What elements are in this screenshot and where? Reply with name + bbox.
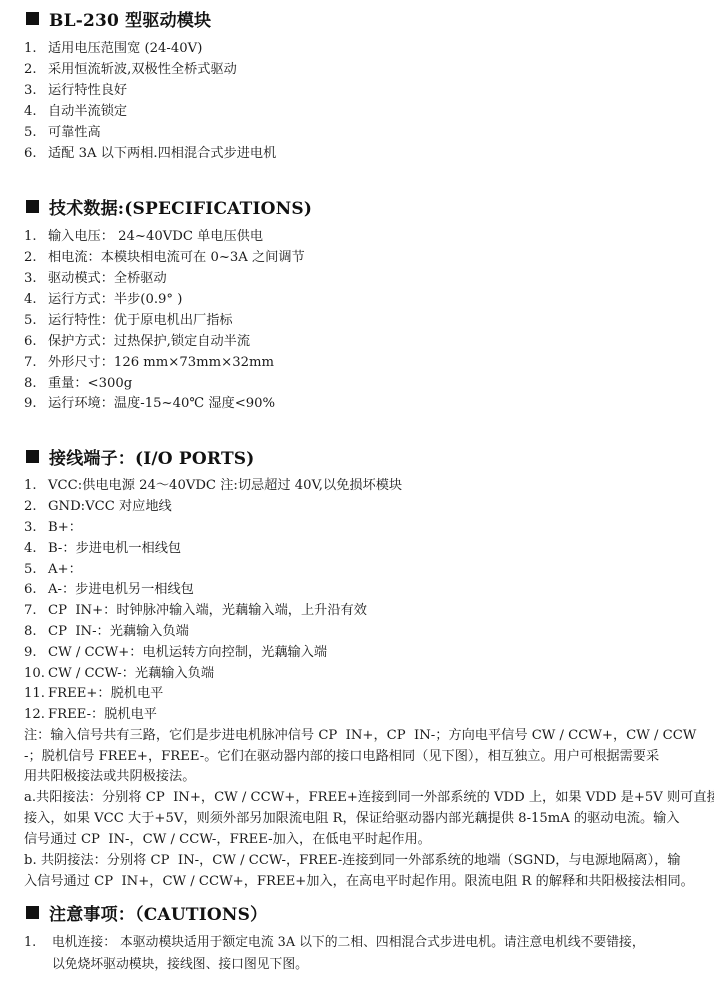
- note-line: 接入，如果 VCC 大于+5V，则须外部另加限流电阻 R，保证给驱动器内部光藕提…: [24, 809, 690, 829]
- item-text: A+：: [48, 560, 82, 580]
- item-number: 4.: [24, 539, 37, 559]
- item-text: 可靠性高: [48, 123, 101, 143]
- item-number: 2.: [24, 60, 37, 80]
- item-text: 以免烧坏驱动模块，接线图、接口图见下图。: [52, 955, 308, 975]
- section-heading-io-ports: 接线端子：(I/O PORTS): [24, 443, 255, 469]
- item-text: GND:VCC 对应地线: [48, 497, 172, 517]
- item-number: 5.: [24, 311, 37, 331]
- section-heading-module: BL-230 型驱动模块: [24, 5, 211, 31]
- item-number: 2.: [24, 248, 37, 268]
- item-number: 10.: [24, 664, 45, 684]
- item-number: 6.: [24, 332, 37, 352]
- note-line: 信号通过 CP IN-，CW / CCW-，FREE-加入，在低电平时起作用。: [24, 830, 690, 850]
- item-text: CW / CCW-：光藕输入负端: [48, 664, 214, 684]
- item-number: 1.: [24, 476, 37, 496]
- item-number: 2.: [24, 497, 37, 517]
- note-line: a.共阳接法：分别将 CP IN+，CW / CCW+，FREE+连接到同一外部…: [24, 788, 690, 808]
- item-number: 6.: [24, 144, 37, 164]
- item-number: 7.: [24, 601, 37, 621]
- item-text: CW / CCW+：电机运转方向控制，光藕输入端: [48, 643, 327, 663]
- item-text: 适配 3A 以下两相.四相混合式步进电机: [48, 144, 276, 164]
- item-number: 1.: [24, 227, 37, 247]
- item-text: 运行特性良好: [48, 81, 127, 101]
- item-text: 驱动模式：全桥驱动: [48, 269, 167, 289]
- item-text: B-：步进电机一相线包: [48, 539, 181, 559]
- item-text: 采用恒流斩波,双极性全桥式驱动: [48, 60, 237, 80]
- item-text: CP IN-：光藕输入负端: [48, 622, 189, 642]
- item-text: 运行特性：优于原电机出厂指标: [48, 311, 233, 331]
- heading-text: 接线端子：(I/O PORTS): [49, 444, 255, 469]
- item-text: 外形尺寸：126 mm×73mm×32mm: [48, 353, 274, 373]
- note-line: 用共阳极接法或共阴极接法。: [24, 767, 690, 787]
- note-line: -；脱机信号 FREE+，FREE-。它们在驱动器内部的接口电路相同（见下图），…: [24, 747, 690, 767]
- item-number: 9.: [24, 643, 37, 663]
- section-heading-cautions: 注意事项：（CAUTIONS）: [24, 899, 267, 925]
- item-text: 保护方式：过热保护,锁定自动半流: [48, 332, 250, 352]
- item-number: 3.: [24, 518, 37, 538]
- item-number: 5.: [24, 560, 37, 580]
- document-page: BL-230 型驱动模块 1.适用电压范围宽 (24-40V) 2.采用恒流斩波…: [0, 0, 714, 992]
- item-text: A-：步进电机另一相线包: [48, 580, 194, 600]
- item-text: 自动半流锁定: [48, 102, 127, 122]
- item-number: 5.: [24, 123, 37, 143]
- heading-text: 注意事项：（CAUTIONS）: [49, 900, 267, 925]
- item-text: 电机连接： 本驱动模块适用于额定电流 3A 以下的二相、四相混合式步进电机。请注…: [52, 933, 645, 953]
- item-number: 1.: [24, 933, 36, 953]
- heading-text: BL-230 型驱动模块: [49, 6, 211, 31]
- item-text: 输入电压： 24~40VDC 单电压供电: [48, 227, 263, 247]
- bullet-square-icon: [26, 200, 39, 213]
- item-number: 4.: [24, 102, 37, 122]
- note-line: b. 共阴接法：分别将 CP IN-，CW / CCW-，FREE-连接到同一外…: [24, 851, 690, 871]
- item-text: 相电流：本模块相电流可在 0~3A 之间调节: [48, 248, 305, 268]
- item-text: VCC:供电电源 24～40VDC 注:切忌超过 40V,以免损坏模块: [48, 476, 402, 496]
- item-number: 9.: [24, 394, 37, 414]
- item-number: 3.: [24, 81, 37, 101]
- item-number: 6.: [24, 580, 37, 600]
- item-number: 3.: [24, 269, 37, 289]
- item-text: 运行方式：半步(0.9° ): [48, 290, 182, 310]
- item-text: 重量：<300g: [48, 374, 132, 394]
- section-heading-specifications: 技术数据:(SPECIFICATIONS): [24, 193, 312, 219]
- item-text: 运行环境：温度-15~40℃ 湿度<90%: [48, 394, 275, 414]
- bullet-square-icon: [26, 906, 39, 919]
- item-text: B+：: [48, 518, 82, 538]
- bullet-square-icon: [26, 450, 39, 463]
- item-number: 7.: [24, 353, 37, 373]
- note-line: 入信号通过 CP IN+，CW / CCW+，FREE+加入，在高电平时起作用。…: [24, 872, 690, 892]
- heading-text: 技术数据:(SPECIFICATIONS): [49, 194, 312, 219]
- item-number: 11.: [24, 684, 45, 704]
- item-number: 12.: [24, 705, 45, 725]
- item-number: 4.: [24, 290, 37, 310]
- item-number: 8.: [24, 622, 37, 642]
- item-text: 适用电压范围宽 (24-40V): [48, 39, 202, 59]
- note-line: 注：输入信号共有三路，它们是步进电机脉冲信号 CP IN+，CP IN-；方向电…: [24, 726, 690, 746]
- item-number: 1.: [24, 39, 37, 59]
- bullet-square-icon: [26, 12, 39, 25]
- item-number: 8.: [24, 374, 37, 394]
- item-text: FREE-：脱机电平: [48, 705, 157, 725]
- item-text: FREE+：脱机电平: [48, 684, 163, 704]
- item-text: CP IN+：时钟脉冲输入端，光藕输入端，上升沿有效: [48, 601, 367, 621]
